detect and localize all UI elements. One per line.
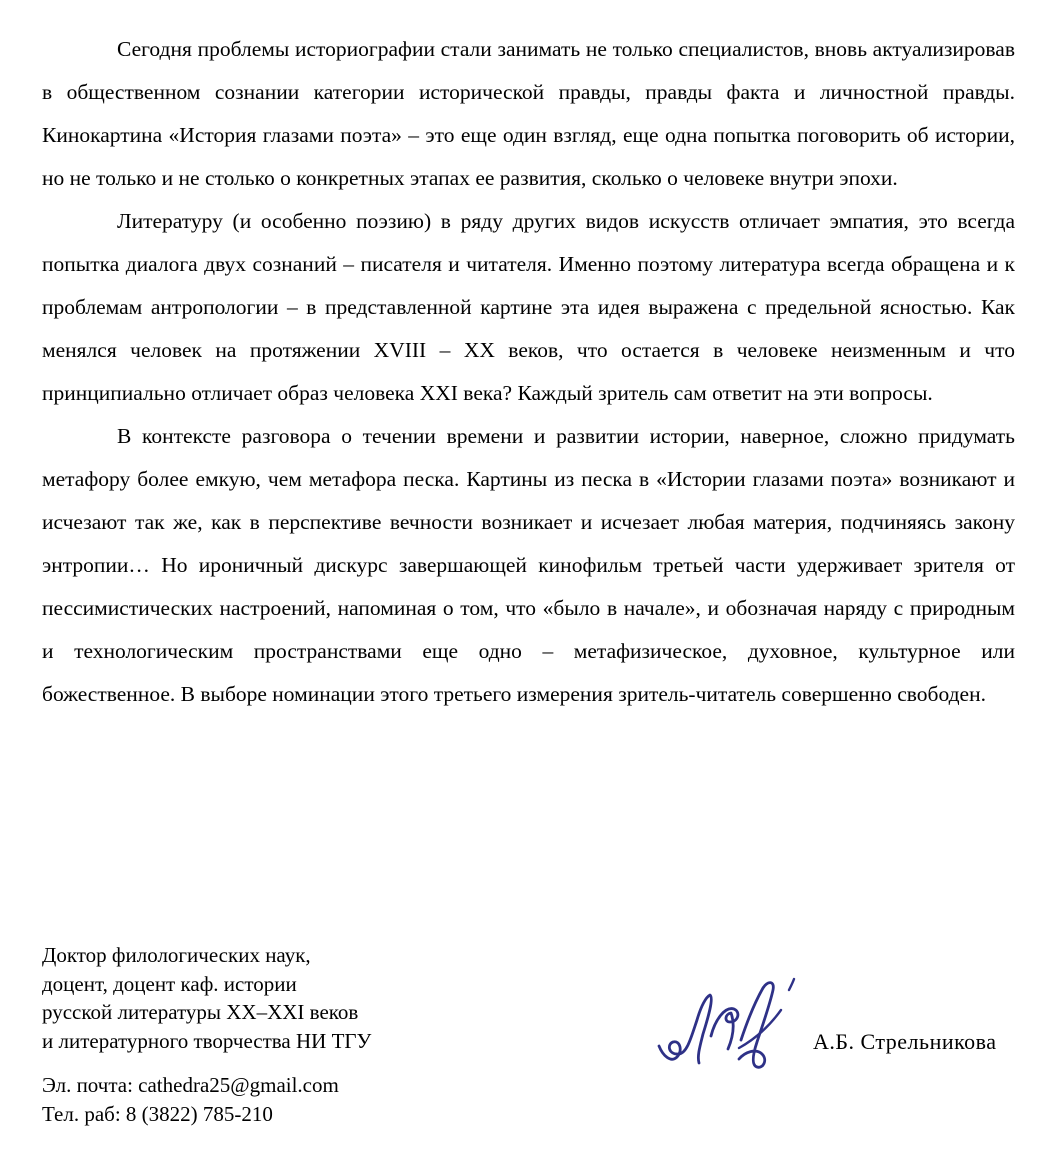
contact-info: Эл. почта: cathedra25@gmail.com Тел. раб…	[42, 1071, 339, 1129]
credentials-line-4: и литературного творчества НИ ТГУ	[42, 1027, 371, 1056]
paragraph-3: В контексте разговора о течении времени …	[42, 415, 1015, 716]
credentials-line-3: русской литературы XX–XXI веков	[42, 998, 371, 1027]
paragraph-2: Литературу (и особенно поэзию) в ряду др…	[42, 200, 1015, 415]
document-body: Сегодня проблемы историографии стали зан…	[42, 28, 1015, 716]
contact-phone: Тел. раб: 8 (3822) 785-210	[42, 1100, 339, 1129]
document-page: Сегодня проблемы историографии стали зан…	[0, 0, 1053, 1162]
handwritten-signature-icon	[653, 976, 805, 1076]
author-name: А.Б. Стрельникова	[813, 1029, 997, 1055]
contact-email: Эл. почта: cathedra25@gmail.com	[42, 1071, 339, 1100]
author-credentials: Доктор филологических наук, доцент, доце…	[42, 941, 371, 1055]
credentials-line-1: Доктор филологических наук,	[42, 941, 371, 970]
paragraph-1: Сегодня проблемы историографии стали зан…	[42, 28, 1015, 200]
credentials-line-2: доцент, доцент каф. истории	[42, 970, 371, 999]
